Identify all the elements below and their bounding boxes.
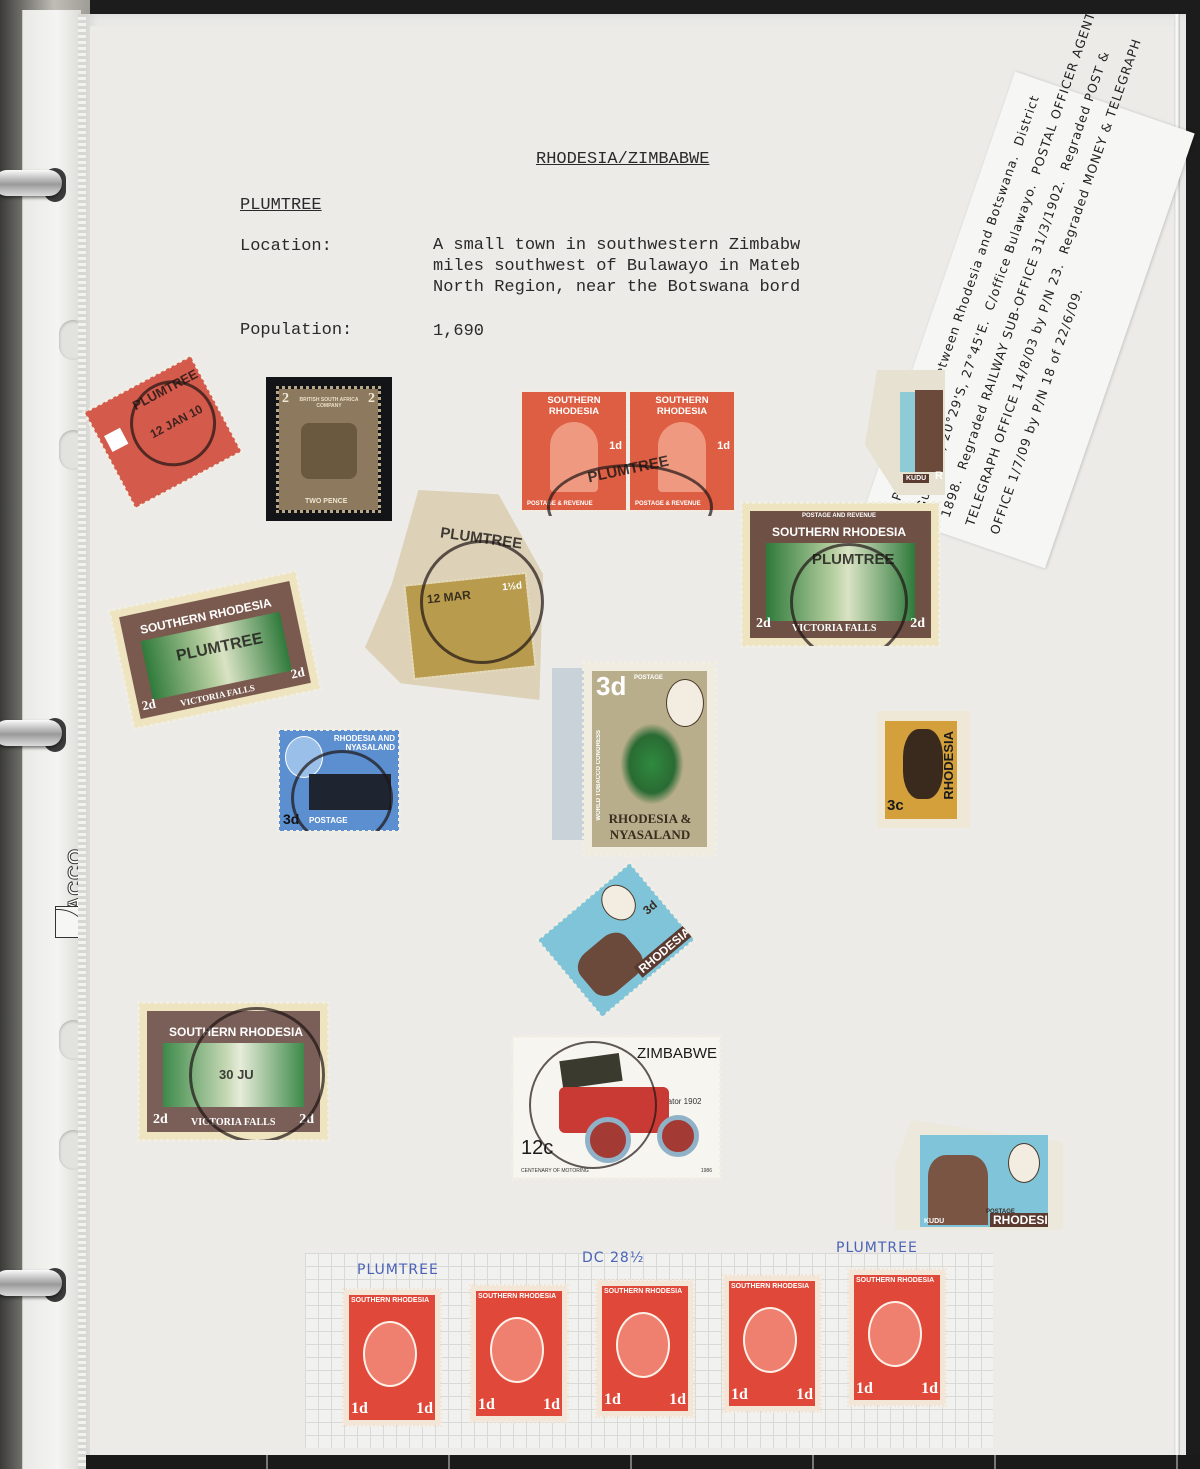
stamp-issuer: RHODESIA [990, 1213, 1048, 1227]
stamp-denomination: 2d [910, 616, 925, 632]
stamp-denomination: 2d [756, 616, 771, 632]
stamp-corner-ornament [104, 428, 128, 452]
stamp-bsac-2d[interactable]: 2 2 BRITISH SOUTH AFRICA COMPANY TWO PEN… [279, 389, 378, 510]
stamp-value: 2 [368, 391, 375, 407]
stamp-issuer: SOUTHERN RHODESIA [526, 395, 622, 417]
stamp-denomination: 1d [543, 1396, 560, 1414]
stamp-denomination: 1d [796, 1386, 813, 1404]
postmark-town: PLUMTREE [812, 551, 895, 568]
population-label: Population: [240, 321, 352, 340]
stamp-value: 2 [282, 391, 289, 407]
stamp-denomination: 1d [856, 1380, 873, 1398]
page-title: RHODESIA/ZIMBABWE [536, 150, 709, 169]
stamp-kudu-figure [915, 390, 943, 472]
stamp-kgv-1d[interactable]: SOUTHERN RHODESIA 1d 1d [471, 1286, 567, 1421]
stamp-denomination: 3d [640, 898, 660, 918]
stamp-kgv-1d[interactable]: SOUTHERN RHODESIA 1d 1d [597, 1281, 693, 1416]
kudu-figure [928, 1155, 988, 1225]
binder-ring-bottom[interactable] [0, 1270, 62, 1296]
stamp-denomination: 1d [731, 1386, 748, 1404]
stamp-denomination: 2d [153, 1112, 168, 1128]
location-label: Location: [240, 237, 332, 256]
stamp-denomination: 1d [478, 1396, 495, 1414]
stamp-issuer: SOUTHERN RHODESIA [351, 1297, 429, 1304]
king-portrait [868, 1301, 922, 1367]
stamp-caption: KUDU [924, 1218, 944, 1225]
handwritten-note: DC 28½ [582, 1250, 644, 1266]
stamp-denomination: 2d [140, 696, 157, 715]
stamp-denomination: TWO PENCE [305, 498, 347, 505]
postmark-ring [291, 750, 393, 831]
queen-portrait [594, 878, 643, 928]
stamp-issuer: R [935, 470, 943, 482]
stamp-rhodesia-kudu-bottom[interactable]: KUDU POSTAGE RHODESIA [920, 1135, 1048, 1227]
stamp-issuer: RHODESIA & NYASALAND [594, 811, 706, 843]
stamp-denomination: 1d [604, 1391, 621, 1409]
stamp-issuer: SOUTHERN RHODESIA [856, 1277, 934, 1284]
stamp-issuer: BRITISH SOUTH AFRICA COMPANY [299, 397, 359, 409]
stamp-caption: WORLD TOBACCO CONGRESS [596, 730, 602, 821]
stamp-issuer: ZIMBABWE [637, 1045, 717, 1062]
tobacco-plant [620, 723, 684, 805]
stamp-rn-3d[interactable]: RHODESIA AND NYASALAND 3d POSTAGE [279, 730, 399, 831]
stamp-kgv-1d[interactable]: SOUTHERN RHODESIA 1d 1d [344, 1290, 440, 1425]
stamp-pair-sr-kgvi[interactable]: SOUTHERN RHODESIA 1d POSTAGE & REVENUE S… [517, 389, 739, 516]
handwritten-note: PLUMTREE [357, 1262, 439, 1278]
stamp-issuer: SOUTHERN RHODESIA [634, 395, 730, 417]
postmark-ring [189, 1007, 325, 1140]
stamp-denomination: 3d [596, 671, 626, 702]
stamp-year: 1986 [701, 1168, 712, 1174]
queen-portrait [666, 679, 704, 727]
stamp-kgv-1d[interactable]: SOUTHERN RHODESIA 1d 1d [724, 1276, 820, 1411]
postmark-date: 30 JU [219, 1067, 254, 1082]
car-wheel [657, 1115, 699, 1157]
location-text: A small town in southwestern Zimbabw mil… [433, 235, 800, 298]
stamp-caption: CENTENARY OF MOTORING [521, 1168, 589, 1174]
town-heading: PLUMTREE [240, 196, 322, 215]
population-value: 1,690 [433, 321, 484, 342]
stamp-issuer: SOUTHERN RHODESIA [478, 1293, 556, 1300]
king-portrait [743, 1307, 797, 1373]
stamp-issuer: SOUTHERN RHODESIA [604, 1288, 682, 1295]
stamp-denomination: 1d [921, 1380, 938, 1398]
stamp-issuer: SOUTHERN RHODESIA [731, 1283, 809, 1290]
stamp-denomination: 1d [717, 440, 730, 452]
king-portrait [616, 1312, 670, 1378]
sable-antelope [903, 729, 943, 799]
king-portrait [363, 1321, 417, 1387]
stamp-denomination: 1d [669, 1391, 686, 1409]
binder-ring-middle[interactable] [0, 720, 62, 746]
stamp-denomination: 1d [416, 1400, 433, 1418]
stamp-caption: KUDU [903, 474, 929, 483]
stamp-header: POSTAGE [634, 675, 663, 681]
queen-portrait [1008, 1143, 1040, 1183]
stamp-header: POSTAGE AND REVENUE [802, 513, 876, 519]
page-edge [1174, 14, 1180, 1469]
stamp-issuer: RHODESIA [941, 731, 956, 800]
stamp-denomination: 1d [609, 440, 622, 452]
postmark-ring [529, 1041, 657, 1169]
stamp-kgv-1d[interactable]: SOUTHERN RHODESIA 1d 1d [849, 1270, 945, 1405]
stamp-issuer: SOUTHERN RHODESIA [772, 525, 906, 539]
stamp-victoria-falls-bottom[interactable]: SOUTHERN RHODESIA VICTORIA FALLS 2d 2d 3… [139, 1003, 328, 1140]
postmark-ring [420, 540, 544, 664]
stamp-tobacco-congress[interactable]: 3d POSTAGE WORLD TOBACCO CONGRESS RHODES… [584, 663, 715, 855]
table-surface [86, 1455, 1200, 1469]
stamp-victoria-falls-right[interactable]: POSTAGE AND REVENUE SOUTHERN RHODESIA VI… [742, 503, 939, 646]
stamp-zimbabwe-gladiator[interactable]: ZIMBABWE Gladiator 1902 12c CENTENARY OF… [513, 1037, 720, 1178]
stamp-rhodesia-3c[interactable]: 3c RHODESIA [877, 711, 970, 828]
king-portrait [490, 1317, 544, 1383]
handwritten-note: PLUMTREE [836, 1240, 918, 1256]
stamp-denomination: 3c [887, 797, 904, 814]
coat-of-arms [301, 423, 357, 479]
stamp-denomination: 1d [351, 1400, 368, 1418]
binder-ring-top[interactable] [0, 170, 62, 196]
